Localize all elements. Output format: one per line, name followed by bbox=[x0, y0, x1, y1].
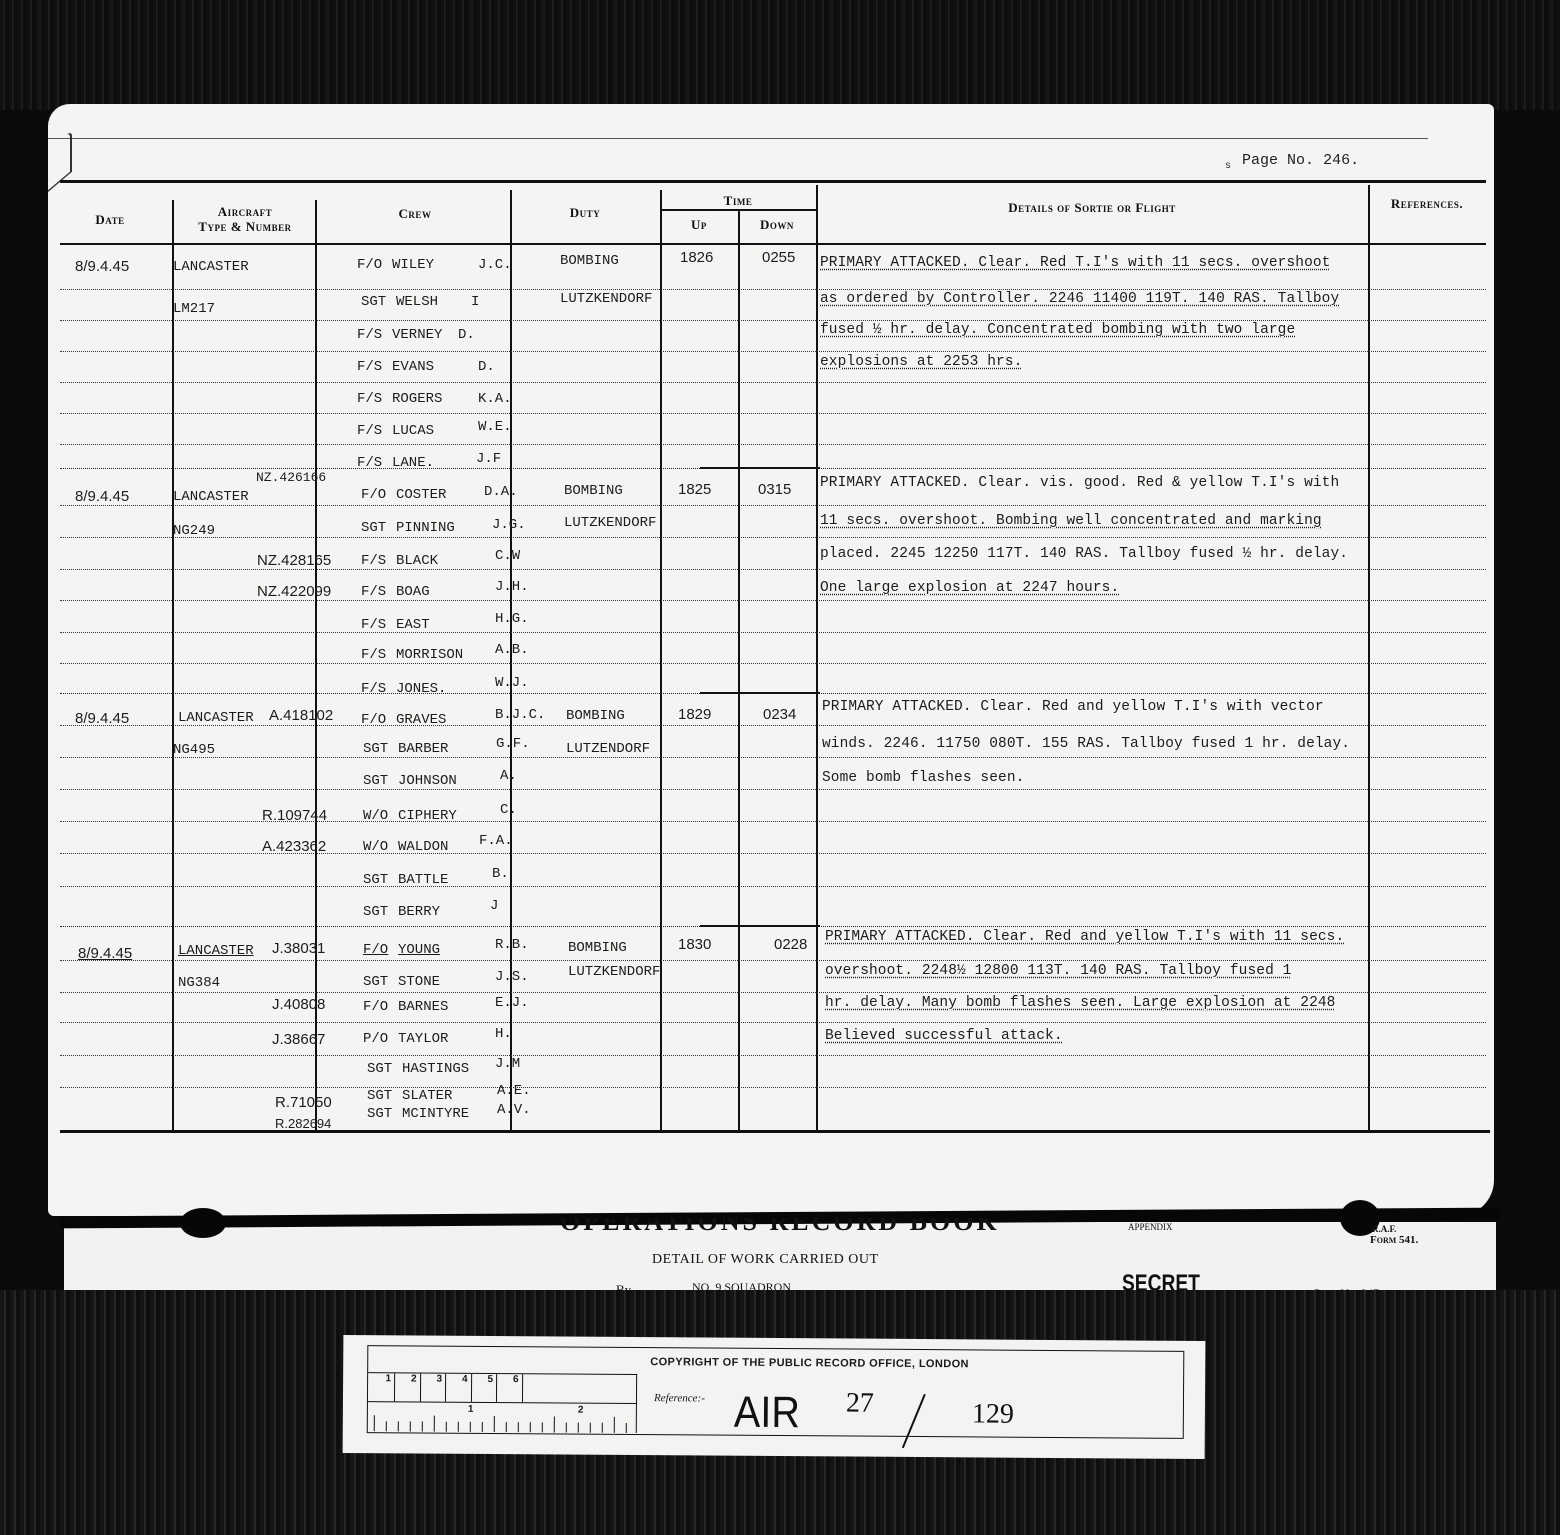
crew-initials: J.M bbox=[495, 1055, 520, 1073]
row-rule bbox=[60, 632, 1486, 633]
col-rule-date bbox=[172, 200, 174, 1130]
sortie-detail-line: winds. 2246. 11750 080T. 155 RAS. Tallbo… bbox=[822, 735, 1350, 753]
crew-initials: E.J. bbox=[495, 994, 529, 1012]
ruler-mark: 1 bbox=[368, 1373, 395, 1401]
sortie-detail-line: PRIMARY ATTACKED. Clear. Red and yellow … bbox=[822, 698, 1324, 716]
sortie-separator-solid bbox=[700, 467, 820, 469]
ruler-tick bbox=[626, 1423, 627, 1433]
crew-rank: F/S bbox=[357, 326, 382, 344]
crew-rank: F/O bbox=[361, 486, 386, 504]
crew-initials: A.B. bbox=[495, 641, 529, 659]
crew-service-number: R.109744 bbox=[262, 807, 327, 825]
page-top-rule bbox=[48, 138, 1428, 139]
crew-rank: SGT bbox=[361, 293, 386, 311]
ruler-inch-mark: 1 bbox=[468, 1404, 474, 1415]
crew-initials: I bbox=[471, 293, 479, 311]
time-up: 1829 bbox=[678, 706, 711, 724]
crew-name: TAYLOR bbox=[398, 1030, 448, 1048]
ruler-tick bbox=[374, 1415, 375, 1431]
crew-rank: F/S bbox=[361, 583, 386, 601]
crew-initials: J.G. bbox=[492, 516, 526, 534]
ruler-cm-row: 1 2 3 4 5 6 bbox=[368, 1373, 636, 1404]
crew-initials: A.E. bbox=[497, 1082, 531, 1100]
crew-rank: W/O bbox=[363, 838, 388, 856]
crew-rank: F/S bbox=[357, 390, 382, 408]
crew-rank: F/S bbox=[361, 552, 386, 570]
crew-initials: K.A. bbox=[478, 390, 512, 408]
crew-initials: B.J.C. bbox=[495, 706, 545, 724]
crew-name: LANE. bbox=[392, 454, 434, 472]
crew-rank: SGT bbox=[363, 772, 388, 790]
crew-rank: SGT bbox=[363, 903, 388, 921]
form-number: Form 541. bbox=[1370, 1234, 1418, 1246]
reference-item: 129 bbox=[972, 1398, 1014, 1430]
crew-initials: H. bbox=[495, 1025, 512, 1043]
crew-name: WALDON bbox=[398, 838, 448, 856]
crew-name: JONES. bbox=[396, 680, 446, 698]
ruler-tick bbox=[542, 1422, 543, 1432]
crew-initials: G.F. bbox=[496, 735, 530, 753]
crew-initials: H.G. bbox=[495, 610, 529, 628]
ruler-tick bbox=[590, 1423, 591, 1433]
crew-initials: R.B. bbox=[495, 936, 529, 954]
crew-name: GRAVES bbox=[396, 711, 446, 729]
sortie-date: 8/9.4.45 bbox=[75, 710, 129, 728]
crew-rank: SGT bbox=[363, 740, 388, 758]
duty-target: LUTZENDORF bbox=[566, 740, 650, 758]
sortie-detail-line: Some bomb flashes seen. bbox=[822, 769, 1024, 787]
crew-name: SLATER bbox=[402, 1087, 452, 1105]
ruler-tick bbox=[398, 1421, 399, 1431]
crew-name: BOAG bbox=[396, 583, 430, 601]
crew-service-number: NZ.422099 bbox=[257, 583, 331, 601]
header-duty: Duty bbox=[510, 205, 660, 220]
crew-initials: W.E. bbox=[478, 418, 512, 436]
crew-name: COSTER bbox=[396, 486, 446, 504]
col-rule-crew bbox=[510, 190, 512, 1130]
reference-series: AIR bbox=[734, 1391, 800, 1435]
time-up: 1830 bbox=[678, 936, 711, 954]
crew-initials: A. bbox=[500, 767, 517, 785]
row-rule bbox=[60, 663, 1486, 664]
crew-initials: C. bbox=[500, 801, 517, 819]
row-rule bbox=[60, 537, 1486, 538]
crew-rank: F/O bbox=[363, 998, 388, 1016]
header-time-down: Down bbox=[738, 217, 816, 232]
crew-initials: D. bbox=[478, 358, 495, 376]
duty-target: LUTZKENDORF bbox=[568, 963, 660, 981]
crew-name: MCINTYRE bbox=[402, 1105, 469, 1123]
measurement-ruler: 1 2 3 4 5 6 1 2 bbox=[368, 1372, 637, 1433]
row-rule bbox=[60, 351, 1486, 352]
crew-rank: F/S bbox=[361, 680, 386, 698]
time-down: 0234 bbox=[763, 706, 796, 724]
reference-label: Reference:- bbox=[654, 1392, 705, 1404]
ruler-tick bbox=[614, 1417, 615, 1433]
crew-rank: F/O bbox=[357, 256, 382, 274]
sortie-detail-line: hr. delay. Many bomb flashes seen. Large… bbox=[825, 994, 1335, 1012]
duty-line1: BOMBING bbox=[566, 707, 625, 725]
header-crew: Crew bbox=[320, 206, 510, 221]
row-rule bbox=[60, 789, 1486, 790]
crew-initials: F.A. bbox=[479, 832, 513, 850]
sortie-detail-line: fused ½ hr. delay. Concentrated bombing … bbox=[820, 321, 1295, 339]
ruler-mark: 3 bbox=[420, 1374, 446, 1402]
crew-initials: W.J. bbox=[495, 674, 529, 692]
sortie-detail-line: as ordered by Controller. 2246 11400 119… bbox=[820, 290, 1339, 308]
ink-blot bbox=[180, 1208, 226, 1238]
copyright-text: COPYRIGHT OF THE PUBLIC RECORD OFFICE, L… bbox=[650, 1356, 969, 1370]
crew-name: BATTLE bbox=[398, 871, 448, 889]
crew-initials: J bbox=[490, 897, 498, 915]
crew-rank: F/S bbox=[357, 454, 382, 472]
ruler-mark: 2 bbox=[395, 1373, 421, 1401]
crew-name: MORRISON bbox=[396, 646, 463, 664]
crew-name: YOUNG bbox=[398, 941, 440, 959]
crew-initials: B. bbox=[492, 865, 509, 883]
header-time-up: Up bbox=[660, 217, 738, 232]
table-top-rule bbox=[60, 180, 1486, 183]
row-rule bbox=[60, 382, 1486, 383]
aircraft-number: NG495 bbox=[173, 741, 215, 759]
row-rule bbox=[60, 1022, 1486, 1023]
crew-rank: F/S bbox=[361, 616, 386, 634]
crew-name: VERNEY bbox=[392, 326, 442, 344]
crew-initials: J.S. bbox=[495, 968, 529, 986]
reference-piece: 27 bbox=[846, 1388, 874, 1420]
aircraft-type: LANCASTER bbox=[178, 709, 254, 727]
aircraft-type: LANCASTER bbox=[173, 488, 249, 506]
page-number: s Page No. 246. bbox=[1225, 152, 1359, 172]
row-rule bbox=[60, 725, 1486, 726]
sortie-detail-line: PRIMARY ATTACKED. Clear. vis. good. Red … bbox=[820, 474, 1339, 492]
sortie-separator-solid bbox=[700, 692, 820, 694]
sortie-detail-line: One large explosion at 2247 hours. bbox=[820, 579, 1119, 597]
header-details: Details of Sortie or Flight bbox=[816, 200, 1368, 215]
duty-target: LUTZKENDORF bbox=[564, 514, 656, 532]
ruler-tick bbox=[578, 1423, 579, 1433]
sortie-detail-line: PRIMARY ATTACKED. Clear. Red T.I's with … bbox=[820, 254, 1330, 272]
crew-name: STONE bbox=[398, 973, 440, 991]
crew-name: BERRY bbox=[398, 903, 440, 921]
aircraft-type: LANCASTER bbox=[173, 258, 249, 276]
crew-service-number: NZ.428165 bbox=[257, 552, 331, 570]
crew-name: PINNING bbox=[396, 519, 455, 537]
ruler-tick bbox=[506, 1422, 507, 1432]
crew-service-number: A.418102 bbox=[269, 707, 333, 725]
duty-target: LUTZKENDORF bbox=[560, 290, 652, 308]
ruler-tick bbox=[494, 1416, 495, 1432]
crew-name: WILEY bbox=[392, 256, 434, 274]
header-aircraft-line1: Aircraft bbox=[175, 204, 315, 219]
copyright-label: COPYRIGHT OF THE PUBLIC RECORD OFFICE, L… bbox=[343, 1335, 1206, 1459]
header-references: References. bbox=[1368, 196, 1486, 211]
ruler-tick bbox=[410, 1421, 411, 1431]
crew-service-number: J.38031 bbox=[272, 940, 325, 958]
aircraft-type: LANCASTER bbox=[178, 942, 254, 960]
crew-name: WELSH bbox=[396, 293, 438, 311]
sortie-detail-line: explosions at 2253 hrs. bbox=[820, 353, 1022, 371]
crew-service-number: R.282694 bbox=[275, 1115, 331, 1129]
header-date: Date bbox=[80, 212, 140, 227]
crew-initials: J.C. bbox=[478, 256, 512, 274]
crew-name: EAST bbox=[396, 616, 430, 634]
header-bottom-rule bbox=[60, 243, 1486, 245]
time-down: 0255 bbox=[762, 249, 795, 267]
col-rule-duty bbox=[660, 190, 662, 1130]
table-bottom-rule bbox=[60, 1130, 1490, 1133]
sortie-detail-line: placed. 2245 12250 117T. 140 RAS. Tallbo… bbox=[820, 545, 1348, 563]
sortie-date: 8/9.4.45 bbox=[75, 488, 129, 506]
crew-rank: F/S bbox=[357, 422, 382, 440]
row-rule bbox=[60, 444, 1486, 445]
col-rule-details bbox=[1368, 185, 1370, 1130]
crew-initials: C.W bbox=[495, 547, 520, 565]
crew-name: BARNES bbox=[398, 998, 448, 1016]
ruler-inch-mark: 2 bbox=[578, 1405, 584, 1416]
row-rule bbox=[60, 757, 1486, 758]
sortie-detail-line: PRIMARY ATTACKED. Clear. Red and yellow … bbox=[825, 928, 1344, 946]
ruler-tick bbox=[422, 1422, 423, 1432]
crew-name: BARBER bbox=[398, 740, 448, 758]
page-prefix: s bbox=[1225, 161, 1231, 172]
reference-divider bbox=[902, 1394, 925, 1448]
ruler-mark: 6 bbox=[497, 1374, 523, 1402]
crew-initials: J.H. bbox=[495, 578, 529, 596]
header-aircraft-line2: Type & Number bbox=[175, 219, 315, 234]
crew-name: ROGERS bbox=[392, 390, 442, 408]
crew-rank: F/S bbox=[357, 358, 382, 376]
form-raf: R.A.F. bbox=[1372, 1224, 1396, 1232]
duty-line1: BOMBING bbox=[564, 482, 623, 500]
ruler-tick bbox=[386, 1421, 387, 1431]
crew-rank: P/O bbox=[363, 1030, 388, 1048]
crew-name: HASTINGS bbox=[402, 1060, 469, 1078]
ruler-tick bbox=[554, 1416, 555, 1432]
orb-title: OPERATIONS RECORD BOOK bbox=[560, 1218, 1000, 1232]
crew-name: JOHNSON bbox=[398, 772, 457, 790]
crew-initials: J.F bbox=[476, 450, 501, 468]
crew-rank: SGT bbox=[363, 973, 388, 991]
crew-rank: SGT bbox=[367, 1087, 392, 1105]
row-rule bbox=[60, 992, 1486, 993]
page-number-label: Page No. bbox=[1242, 152, 1314, 169]
copyright-box: COPYRIGHT OF THE PUBLIC RECORD OFFICE, L… bbox=[367, 1345, 1185, 1439]
orb-subtitle: DETAIL OF WORK CARRIED OUT bbox=[652, 1252, 879, 1268]
crew-service-number: A.423362 bbox=[262, 838, 326, 856]
sortie-date: 8/9.4.45 bbox=[78, 945, 132, 963]
sortie-separator-solid bbox=[700, 925, 820, 927]
time-down: 0315 bbox=[758, 481, 791, 499]
ruler-tick bbox=[458, 1422, 459, 1432]
aircraft-number: LM217 bbox=[173, 300, 215, 318]
row-rule bbox=[60, 1087, 1486, 1088]
ruler-tick bbox=[434, 1416, 435, 1432]
ruler-tick bbox=[530, 1422, 531, 1432]
ruler-mark: 5 bbox=[471, 1374, 497, 1402]
crew-rank: F/O bbox=[361, 711, 386, 729]
time-up: 1826 bbox=[680, 249, 713, 267]
ruler-tick bbox=[566, 1423, 567, 1433]
crew-service-number: J.38667 bbox=[272, 1031, 325, 1049]
crew-name: LUCAS bbox=[392, 422, 434, 440]
ruler-tick bbox=[470, 1422, 471, 1432]
duty-line1: BOMBING bbox=[568, 939, 627, 957]
col-rule-aircraft bbox=[315, 200, 317, 1130]
crew-initials: D. bbox=[458, 326, 475, 344]
crew-service-number: NZ.426166 bbox=[256, 469, 326, 487]
sortie-detail-line: overshoot. 2248½ 12800 113T. 140 RAS. Ta… bbox=[825, 962, 1291, 980]
row-rule bbox=[60, 505, 1486, 506]
time-up: 1825 bbox=[678, 481, 711, 499]
aircraft-number: NG249 bbox=[173, 522, 215, 540]
crew-service-number: J.40808 bbox=[272, 996, 325, 1014]
appendix-label: APPENDIX bbox=[1128, 1222, 1173, 1232]
page-number-value: 246. bbox=[1323, 152, 1359, 169]
header-time: Time bbox=[660, 193, 816, 208]
crew-rank: F/O bbox=[363, 941, 388, 959]
crew-name: BLACK bbox=[396, 552, 438, 570]
ruler-tick bbox=[602, 1423, 603, 1433]
crew-name: CIPHERY bbox=[398, 807, 457, 825]
row-rule bbox=[60, 413, 1486, 414]
crew-rank: SGT bbox=[367, 1060, 392, 1078]
ruler-tick bbox=[482, 1422, 483, 1432]
crew-name: EVANS bbox=[392, 358, 434, 376]
time-down: 0228 bbox=[774, 936, 807, 954]
sortie-date: 8/9.4.45 bbox=[75, 258, 129, 276]
crew-rank: SGT bbox=[363, 871, 388, 889]
row-rule bbox=[60, 960, 1486, 961]
row-rule bbox=[60, 886, 1486, 887]
row-rule bbox=[60, 1055, 1486, 1056]
crew-service-number: R.71050 bbox=[275, 1094, 332, 1112]
duty-line1: BOMBING bbox=[560, 252, 619, 270]
crew-rank: SGT bbox=[361, 519, 386, 537]
scan-background-top bbox=[0, 0, 1560, 110]
ruler-mark: 4 bbox=[446, 1374, 472, 1402]
crew-initials: D.A. bbox=[484, 483, 518, 501]
sortie-detail-line: Believed successful attack. bbox=[825, 1027, 1063, 1045]
crew-rank: W/O bbox=[363, 807, 388, 825]
ruler-tick bbox=[446, 1422, 447, 1432]
sortie-detail-line: 11 secs. overshoot. Bombing well concent… bbox=[820, 512, 1322, 530]
crew-rank: SGT bbox=[367, 1105, 392, 1123]
col-rule-time-down bbox=[816, 185, 818, 1130]
aircraft-number: NG384 bbox=[178, 974, 220, 992]
crew-initials: A.V. bbox=[497, 1101, 531, 1119]
crew-rank: F/S bbox=[361, 646, 386, 664]
ruler-tick bbox=[518, 1422, 519, 1432]
